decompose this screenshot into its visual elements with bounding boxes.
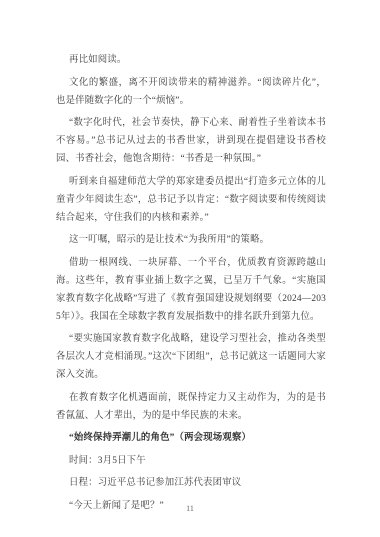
page-number: 11	[0, 504, 380, 513]
document-page: 再比如阅读。 文化的繁盛，离不开阅读带来的精神滋养。“阅读碎片化”，也是伴随数字…	[0, 0, 380, 537]
section-heading: “始终保持弄潮儿的角色”（两会现场观察）	[56, 429, 326, 447]
paragraph-reading-intro: 再比如阅读。	[56, 51, 326, 69]
paragraph-education-digitalization: 借助一根网线、一块屏幕、一个平台，优质教育资源跨越山海。这些年，教育事业插上数字…	[56, 254, 326, 326]
paragraph-culture-fragmentation: 文化的繁盛，离不开阅读带来的精神滋养。“阅读碎片化”，也是伴随数字化的一个“烦恼…	[56, 74, 326, 110]
paragraph-future-of-nation: 在教育数字化机遇面前，既保持定力又主动作为，为的是书香氤氲、人才辈出，为的是中华…	[56, 389, 326, 425]
paragraph-digital-era-quote: “数字化时代，社会节奏快，静下心来、耐着性子坐着读本书不容易。”总书记从过去的书…	[56, 114, 326, 168]
paragraph-technology-strategy: 这一叮嘱，昭示的是让技术“为我所用”的策略。	[56, 231, 326, 249]
paragraph-fujian-normal-university: 听到来自福建师范大学的郑家建委员提出“打造多元立体的儿童青少年阅读生态”，总书记…	[56, 173, 326, 227]
meta-agenda-line: 日程：习近平总书记参加江苏代表团审议	[56, 474, 326, 492]
paragraph-national-strategy-quote: “要实施国家教育数字化战略，建设学习型社会，推动各类型各层次人才竞相涌现。”这次…	[56, 330, 326, 384]
document-body: 再比如阅读。 文化的繁盛，离不开阅读带来的精神滋养。“阅读碎片化”，也是伴随数字…	[56, 51, 326, 519]
meta-time-line: 时间：3月5日下午	[56, 452, 326, 470]
